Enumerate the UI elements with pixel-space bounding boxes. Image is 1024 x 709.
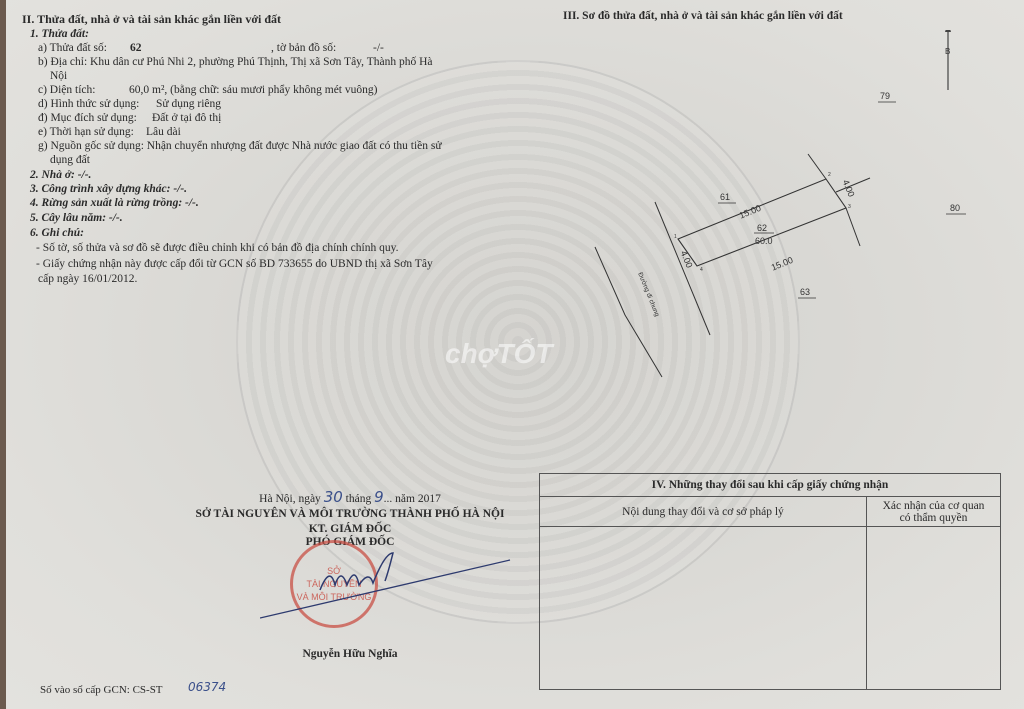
north-arrow-icon: B <box>945 30 951 90</box>
address-line2: Nội <box>50 70 67 82</box>
handwritten-signature <box>260 550 520 620</box>
svg-text:79: 79 <box>880 91 890 101</box>
changes-col-confirmation: Xác nhận của cơ quancó thẩm quyền <box>867 497 1001 527</box>
registry-number: 06374 <box>188 680 226 694</box>
note-2-line1: - Giấy chứng nhận này được cấp đổi từ GC… <box>36 258 433 270</box>
svg-text:4.00: 4.00 <box>841 178 857 198</box>
issue-month: 9 <box>374 488 384 506</box>
svg-text:1: 1 <box>674 234 677 240</box>
changes-table: IV. Những thay đổi sau khi cấp giấy chứn… <box>539 473 1001 690</box>
changes-content-cell <box>540 527 867 690</box>
changes-col-content: Nội dung thay đổi và cơ sở pháp lý <box>540 497 867 527</box>
issue-day: 30 <box>324 488 343 506</box>
note-1: - Số tờ, số thửa và sơ đồ sẽ được điều c… <box>36 242 398 254</box>
map-sheet-label: , tờ bản đồ số: <box>271 42 336 54</box>
signer-role-1: KT. GIÁM ĐỐC <box>160 523 540 535</box>
section4-title: IV. Những thay đổi sau khi cấp giấy chứn… <box>540 474 1001 497</box>
area-value: 60,0 m², (bằng chữ: sáu mươi phẩy không … <box>129 84 377 96</box>
land-heading: 1. Thửa đất: <box>30 28 89 40</box>
note-2-line2: cấp ngày 16/01/2012. <box>38 273 137 285</box>
issue-date: Hà Nội, ngày 30 tháng 9... năm 2017 <box>160 488 540 506</box>
origin-line2: dụng đất <box>50 154 90 166</box>
area-label: c) Diện tích: <box>38 84 95 96</box>
map-sheet-value: -/- <box>373 42 384 54</box>
svg-text:80: 80 <box>950 203 960 213</box>
parcel-number-value: 62 <box>130 42 142 54</box>
changes-confirmation-cell <box>867 527 1001 690</box>
usage-term-label: e) Thời hạn sử dụng: <box>38 126 134 138</box>
house-item: 2. Nhà ở: -/-. <box>30 169 91 181</box>
notes-heading: 6. Ghi chú: <box>30 227 84 239</box>
svg-text:4.00: 4.00 <box>679 249 695 269</box>
section3-title: III. Sơ đồ thửa đất, nhà ở và tài sản kh… <box>563 10 843 22</box>
svg-text:60.0: 60.0 <box>755 236 773 246</box>
issuing-agency: SỞ TÀI NGUYÊN VÀ MÔI TRƯỜNG THÀNH PHỐ HÀ… <box>160 508 540 520</box>
section2-title: II. Thửa đất, nhà ở và tài sản khác gắn … <box>22 12 281 27</box>
svg-text:2: 2 <box>828 172 831 178</box>
svg-text:Đường đi chung: Đường đi chung <box>636 271 660 317</box>
usage-form-label: d) Hình thức sử dụng: <box>38 98 139 110</box>
origin-line1: g) Nguồn gốc sử dụng: Nhận chuyển nhượng… <box>38 140 442 152</box>
address-line1: b) Địa chỉ: Khu dân cư Phú Nhi 2, phường… <box>38 56 433 68</box>
svg-text:3: 3 <box>848 204 851 210</box>
signer-name: Nguyễn Hữu Nghĩa <box>160 648 540 660</box>
usage-purpose-label: đ) Mục đích sử dụng: <box>38 112 137 124</box>
svg-text:4: 4 <box>700 267 703 273</box>
usage-purpose-value: Đất ở tại đô thị <box>152 112 221 124</box>
svg-text:61: 61 <box>720 192 730 202</box>
svg-text:62: 62 <box>757 223 767 233</box>
registry-label: Số vào sổ cấp GCN: CS-ST <box>40 684 163 696</box>
usage-term-value: Lâu dài <box>146 126 181 138</box>
usage-form-value: Sử dụng riêng <box>156 98 221 110</box>
forest-item: 4. Rừng sản xuất là rừng trồng: -/-. <box>30 197 199 209</box>
parcel-number-label: a) Thửa đất số: <box>38 42 107 54</box>
parcel-diagram: B 61 62 60.0 63 79 80 15.00 15.00 4.00 4… <box>560 30 1024 390</box>
svg-text:B: B <box>945 47 950 56</box>
chotot-watermark: chợTỐT <box>445 338 552 370</box>
other-construction-item: 3. Công trình xây dựng khác: -/-. <box>30 183 187 195</box>
perennial-item: 5. Cây lâu năm: -/-. <box>30 212 123 224</box>
svg-text:15.00: 15.00 <box>738 203 763 221</box>
svg-text:15.00: 15.00 <box>770 255 795 273</box>
svg-text:63: 63 <box>800 287 810 297</box>
